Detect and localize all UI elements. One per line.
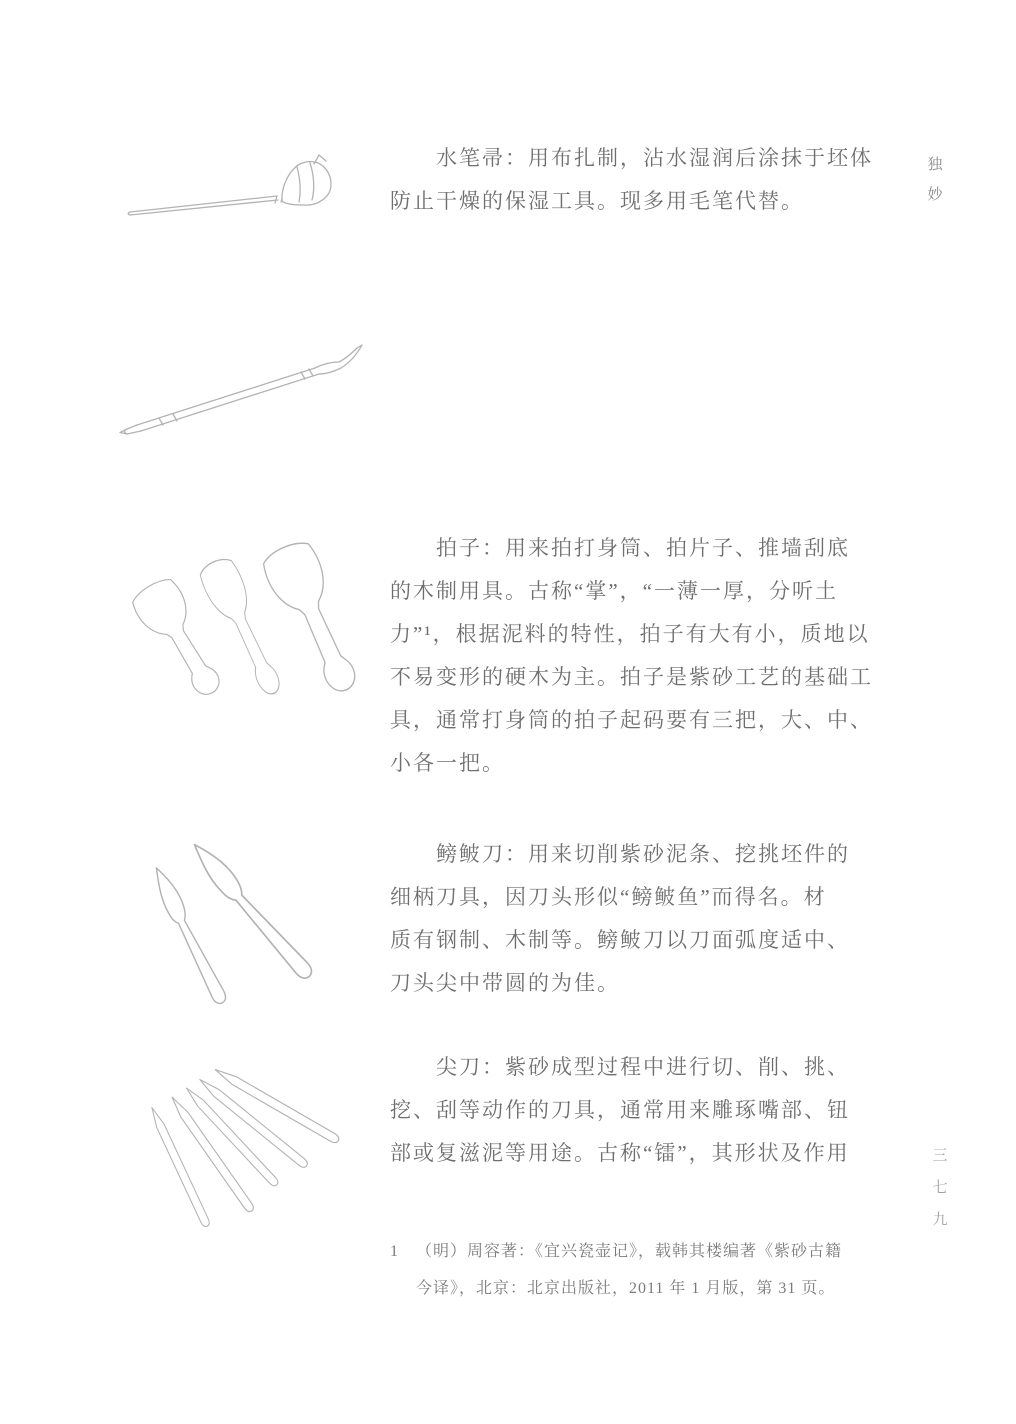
text-line: 鳑鲏刀：用来切削紫砂泥条、挖挑坯件的 <box>390 833 850 876</box>
text-line: 尖刀：紫砂成型过程中进行切、削、挑、 <box>390 1046 850 1089</box>
footnote-text: （明）周容著：《宜兴瓷壶记》，载韩其楼编著《紫砂古籍 <box>416 1243 842 1260</box>
text-line: 细柄刀具，因刀头形似“鳑鲏鱼”而得名。材 <box>390 876 850 919</box>
water-brush-illustration <box>122 146 350 228</box>
margin-header: 独妙 <box>926 150 944 210</box>
footnote-line: 今译》，北京：北京出版社，2011 年 1 月版，第 31 页。 <box>390 1270 842 1307</box>
footnote-line: 1（明）周容著：《宜兴瓷壶记》，载韩其楼编著《紫砂古籍 <box>390 1233 842 1270</box>
text-line: 质有钢制、木制等。鳑鲏刀以刀面弧度适中、 <box>390 919 850 962</box>
footnote: 1（明）周容著：《宜兴瓷壶记》，载韩其楼编著《紫砂古籍 今译》，北京：北京出版社… <box>390 1233 842 1307</box>
text-line: 刀头尖中带圆的为佳。 <box>390 962 850 1005</box>
paragraph-paddle: 拍子：用来拍打身筒、拍片子、推墙刮底 的木制用具。古称“掌”，“一薄一厚，分听土… <box>390 527 873 785</box>
text-line: 小各一把。 <box>390 742 873 785</box>
text-line: 拍子：用来拍打身筒、拍片子、推墙刮底 <box>390 527 873 570</box>
paragraph-pointed-knife: 尖刀：紫砂成型过程中进行切、削、挑、 挖、刮等动作的刀具，通常用来雕琢嘴部、钮 … <box>390 1046 850 1175</box>
text-line: 挖、刮等动作的刀具，通常用来雕琢嘴部、钮 <box>390 1089 850 1132</box>
pangpi-knives-illustration <box>130 830 350 1020</box>
page-number: 三七九 <box>931 1140 949 1236</box>
pointed-knives-illustration <box>125 1055 365 1245</box>
paragraph-pangpi-knife: 鳑鲏刀：用来切削紫砂泥条、挖挑坯件的 细柄刀具，因刀头形似“鳑鲏鱼”而得名。材 … <box>390 833 850 1005</box>
text-line: 水笔帚：用布扎制，沾水湿润后涂抹于坯体 <box>390 137 873 180</box>
text-line: 不易变形的硬木为主。拍子是紫砂工艺的基础工 <box>390 656 873 699</box>
text-line: 部或复滋泥等用途。古称“镭”，其形状及作用 <box>390 1132 850 1175</box>
footnote-marker: 1 <box>390 1233 416 1270</box>
text-line: 的木制用具。古称“掌”，“一薄一厚，分听土 <box>390 570 873 613</box>
wooden-paddles-illustration <box>120 535 360 715</box>
paragraph-water-brush: 水笔帚：用布扎制，沾水湿润后涂抹于坯体 防止干燥的保湿工具。现多用毛笔代替。 <box>390 137 873 223</box>
text-line: 防止干燥的保湿工具。现多用毛笔代替。 <box>390 180 873 223</box>
text-line: 具，通常打身筒的拍子起码要有三把，大、中、 <box>390 699 873 742</box>
book-page: { "margin": { "header_vertical": "独妙", "… <box>0 0 1016 1424</box>
double-ended-brush-illustration <box>115 330 365 442</box>
text-line: 力”¹，根据泥料的特性，拍子有大有小，质地以 <box>390 613 873 656</box>
